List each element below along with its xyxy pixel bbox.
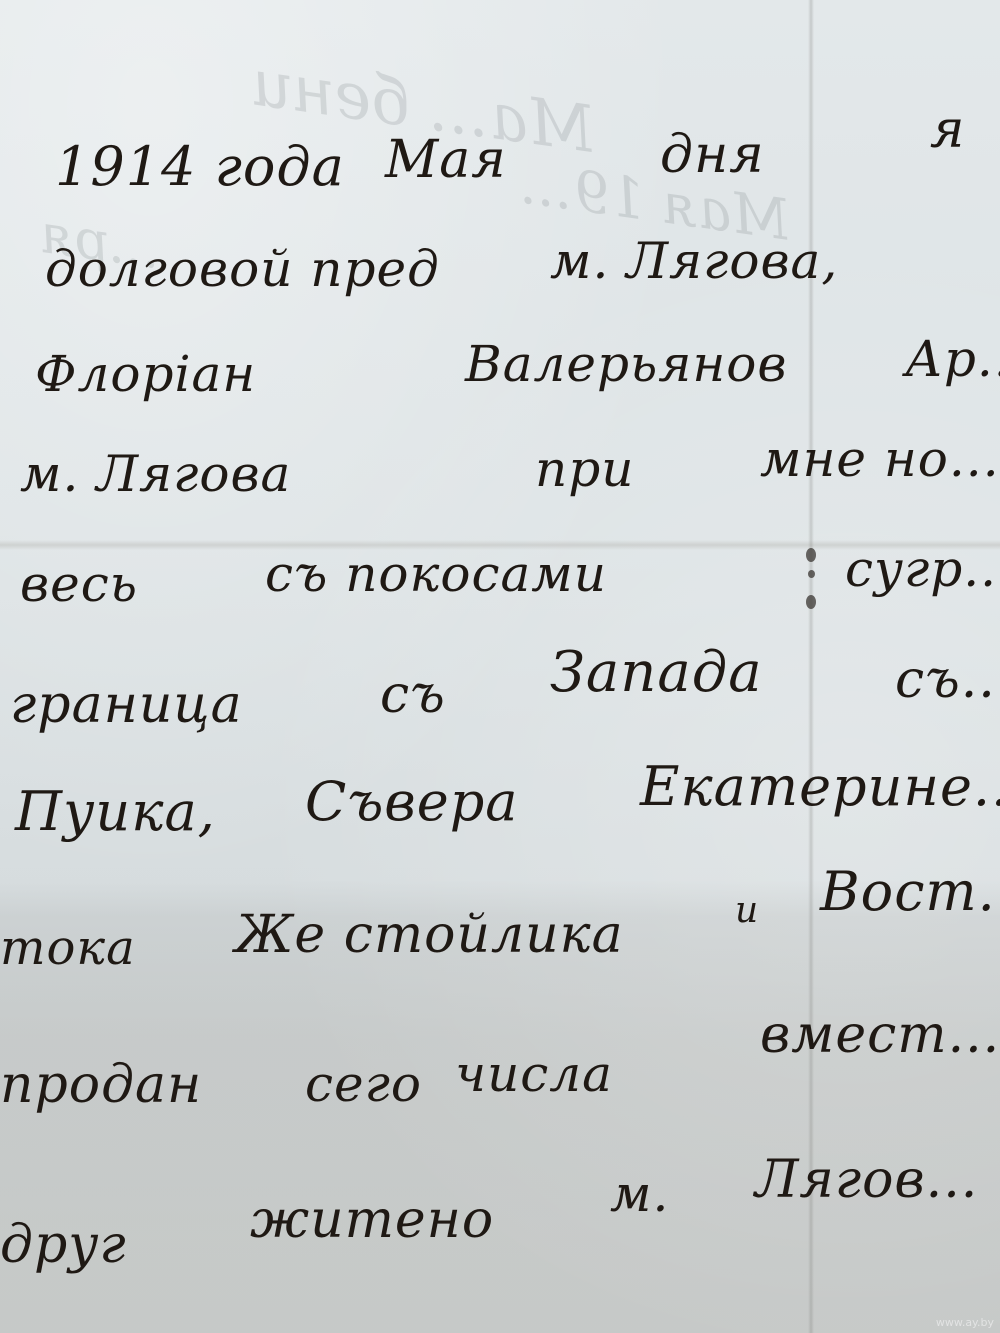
handwritten-word: долговой пред: [45, 240, 440, 298]
handwritten-word: Мая: [385, 130, 507, 190]
handwritten-word: 1914 года: [55, 135, 345, 198]
handwritten-word: Запада: [550, 640, 763, 705]
handwritten-word: съ покосами: [265, 545, 607, 603]
paper-damage-hole: [806, 595, 816, 609]
handwritten-word: весь: [20, 555, 138, 613]
handwritten-word: тока: [0, 920, 136, 976]
handwritten-word: Пуика,: [15, 780, 216, 843]
handwritten-word: друг: [0, 1215, 127, 1275]
handwritten-word: м. Лягова: [20, 445, 291, 503]
paper-damage-hole: [808, 570, 815, 578]
handwritten-word: Вост...: [820, 860, 1000, 923]
fold-crease-vertical: [808, 0, 814, 1333]
handwritten-word: Флоріан: [35, 345, 256, 403]
handwritten-word: Съвера: [305, 770, 518, 833]
handwritten-word: при: [535, 440, 634, 498]
site-watermark: www.ay.by: [936, 1316, 994, 1329]
handwritten-word: Валерьянов: [465, 335, 787, 393]
handwritten-word: и: [735, 890, 759, 931]
handwritten-word: продан: [0, 1055, 202, 1115]
handwritten-word: Лягов...: [755, 1150, 978, 1210]
handwritten-word: съ: [380, 665, 446, 725]
paper-damage-hole: [806, 548, 816, 562]
handwritten-word: м.: [610, 1165, 669, 1223]
handwritten-word: вмест...: [760, 1005, 1000, 1065]
handwritten-word: съ...: [895, 650, 1000, 710]
handwritten-word: сугр...: [845, 540, 1000, 598]
handwritten-word: числа: [455, 1045, 613, 1103]
handwritten-word: сего: [305, 1055, 422, 1113]
handwritten-word: мне но...: [760, 430, 1000, 488]
handwritten-word: м. Лягова,: [550, 232, 838, 290]
handwritten-word: дня: [660, 125, 765, 185]
handwritten-word: Ар...: [905, 330, 1000, 388]
handwritten-word: я: [930, 100, 965, 160]
handwritten-word: Же стойлика: [235, 905, 624, 965]
handwritten-word: Екатерине...: [640, 755, 1000, 818]
document-paper: Ма... бени Мая 19... ...ря 1914 года Мая…: [0, 0, 1000, 1333]
handwritten-word: граница: [10, 675, 243, 735]
handwritten-word: житено: [250, 1190, 494, 1250]
